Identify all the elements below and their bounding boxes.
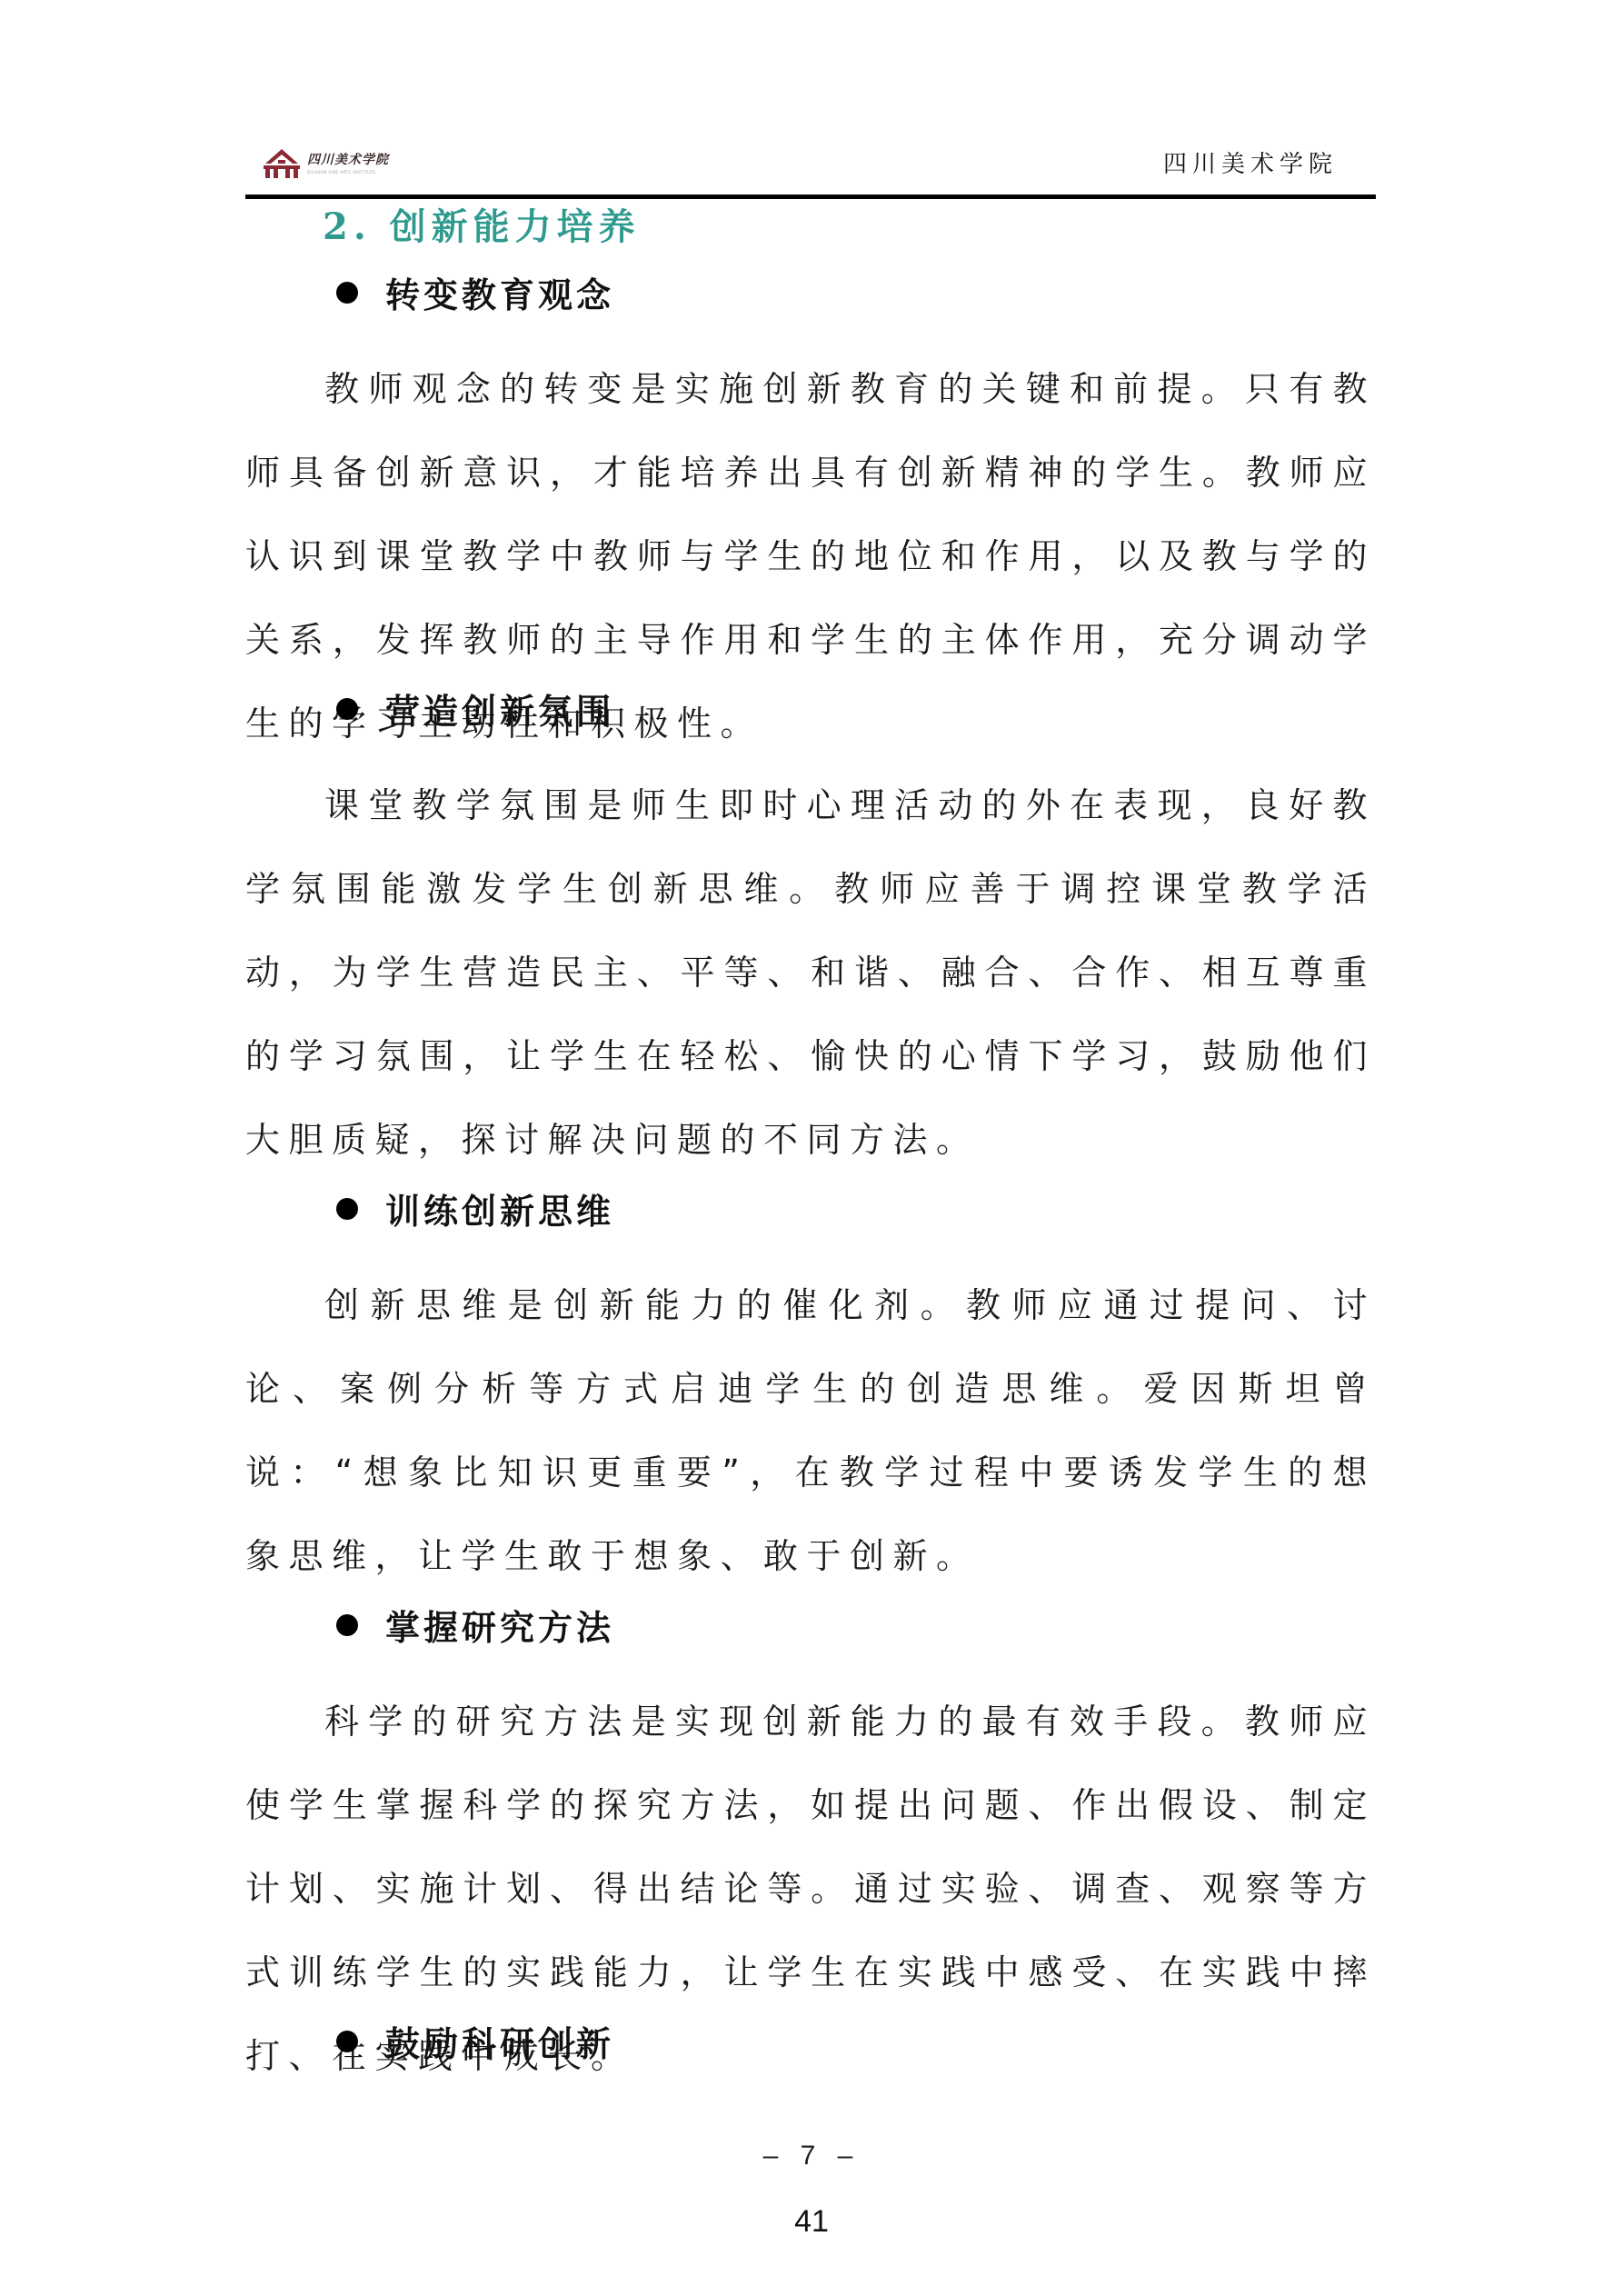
subsection-heading-text: 鼓励科研创新 (385, 2016, 614, 2066)
page-number: 41 (0, 2204, 1623, 2240)
subsection-heading: 掌握研究方法 (336, 1600, 614, 1650)
subsection-heading: 营造创新氛围 (336, 684, 614, 734)
section-title: 2. 创新能力培养 (323, 198, 641, 250)
school-logo: 四川美术学院 SICHUAN FINE ARTS INSTITUTE (262, 147, 389, 178)
page-header: 四川美术学院 SICHUAN FINE ARTS INSTITUTE 四川美术学… (245, 136, 1376, 199)
subsection-heading: 鼓励科研创新 (336, 2016, 614, 2066)
page-label: – 7 – (0, 2141, 1623, 2171)
subsection-heading: 转变教育观念 (336, 267, 614, 317)
subsection-heading: 训练创新思维 (336, 1183, 614, 1233)
bullet-icon (336, 282, 358, 304)
paragraph: 创新思维是创新能力的催化剂。教师应通过提问、讨论、案例分析等方式启迪学生的创造思… (245, 1263, 1376, 1598)
subsection-heading-text: 训练创新思维 (385, 1183, 614, 1233)
bullet-icon (336, 698, 358, 720)
bullet-icon (336, 1198, 358, 1220)
subsection-heading-text: 营造创新氛围 (385, 684, 614, 734)
school-gate-logo-icon (262, 147, 302, 178)
bullet-icon (336, 1614, 358, 1636)
subsection-heading-text: 掌握研究方法 (385, 1600, 614, 1650)
logo-chinese-name: 四川美术学院 (307, 150, 389, 168)
header-school-name: 四川美术学院 (1163, 145, 1338, 179)
paragraph: 课堂教学氛围是师生即时心理活动的外在表现，良好教学氛围能激发学生创新思维。教师应… (245, 764, 1376, 1182)
bullet-icon (336, 2031, 358, 2052)
subsection-heading-text: 转变教育观念 (385, 267, 614, 317)
logo-english-name: SICHUAN FINE ARTS INSTITUTE (307, 170, 389, 175)
